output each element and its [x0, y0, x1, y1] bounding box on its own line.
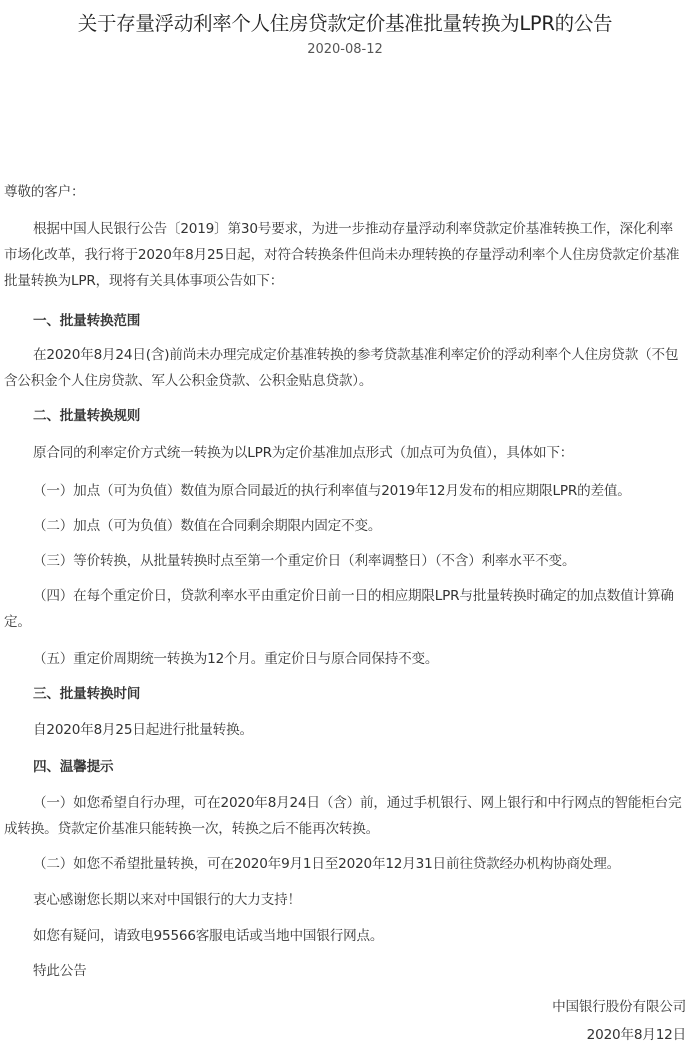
thanks-paragraph: 衷心感谢您长期以来对中国银行的大力支持！ [4, 887, 686, 913]
scope-paragraph: 在2020年8月24日(含)前尚未办理完成定价基准转换的参考贷款基准利率定价的浮… [4, 342, 686, 394]
time-paragraph: 自2020年8月25日起进行批量转换。 [4, 717, 686, 743]
section-heading-scope: 一、批量转换范围 [4, 308, 686, 334]
rule-item-1: （一）加点（可为负值）数值为原合同最近的执行利率值与2019年12月发布的相应期… [4, 478, 686, 504]
publish-date: 2020-08-12 [0, 42, 690, 57]
section-heading-rules: 二、批量转换规则 [4, 403, 686, 429]
section-heading-time: 三、批量转换时间 [4, 681, 686, 707]
intro-paragraph: 根据中国人民银行公告〔2019〕第30号要求，为进一步推动存量浮动利率贷款定价基… [4, 216, 686, 294]
greeting: 尊敬的客户： [4, 179, 686, 205]
tip-item-2: （二）如您不希望批量转换，可在2020年9月1日至2020年12月31日前往贷款… [4, 851, 686, 877]
rules-intro: 原合同的利率定价方式统一转换为以LPR为定价基准加点形式（加点可为负值），具体如… [4, 440, 686, 466]
rule-item-4: （四）在每个重定价日，贷款利率水平由重定价日前一日的相应期限LPR与批量转换时确… [4, 583, 686, 635]
section-heading-tips: 四、温馨提示 [4, 754, 686, 780]
rule-item-3: （三）等价转换，从批量转换时点至第一个重定价日（利率调整日）（不含）利率水平不变… [4, 548, 686, 574]
tip-item-1: （一）如您希望自行办理，可在2020年8月24日（含）前，通过手机银行、网上银行… [4, 790, 686, 842]
signature-date: 2020年8月12日 [0, 1022, 686, 1048]
contact-paragraph: 如您有疑问，请致电95566客服电话或当地中国银行网点。 [4, 923, 686, 949]
signature-company: 中国银行股份有限公司 [0, 994, 686, 1020]
rule-item-5: （五）重定价周期统一转换为12个月。重定价日与原合同保持不变。 [4, 646, 686, 672]
closing-paragraph: 特此公告 [4, 958, 686, 984]
page-title: 关于存量浮动利率个人住房贷款定价基准批量转换为LPR的公告 [0, 8, 690, 36]
rule-item-2: （二）加点（可为负值）数值在合同剩余期限内固定不变。 [4, 513, 686, 539]
